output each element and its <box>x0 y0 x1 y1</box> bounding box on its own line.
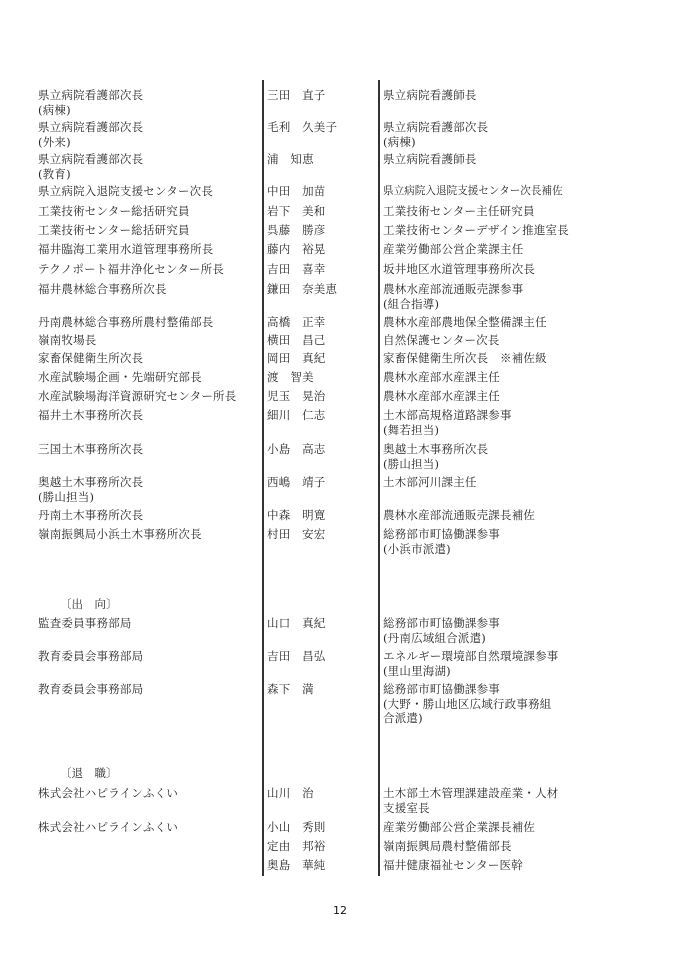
person-name-cell: 鎌田 奈美恵 <box>267 282 375 297</box>
previous-post-cell: 県立病院看護部次長 (病棟) <box>383 120 583 149</box>
previous-post-cell: 総務部市町協働課参事 (小浜市派遣) <box>383 527 583 556</box>
previous-post-cell: 県立病院看護師長 <box>383 88 583 103</box>
person-name-cell: 三田 直子 <box>267 88 375 103</box>
person-name-cell: 吉田 喜幸 <box>267 262 375 277</box>
person-name-cell: 藤内 裕晃 <box>267 242 375 257</box>
previous-post-cell: 福井健康福祉センター医幹 <box>383 858 583 873</box>
person-name-cell: 森下 満 <box>267 682 375 697</box>
person-name-cell: 村田 安宏 <box>267 527 375 542</box>
previous-post-cell: 土木部高規格道路課参事 (舞若担当) <box>383 408 583 437</box>
previous-post-cell: 県立病院入退院支援センター次長補佐 <box>383 184 583 199</box>
new-post-cell: 監査委員事務部局 <box>38 616 258 631</box>
previous-post-cell: 土木部土木管理課建設産業・人材 支援室長 <box>383 786 583 815</box>
person-name-cell: 高橋 正幸 <box>267 315 375 330</box>
previous-post-cell: 奥越土木事務所次長 (勝山担当) <box>383 442 583 471</box>
new-post-cell: 福井土木事務所次長 <box>38 408 258 423</box>
new-post-cell: 教育委員会事務部局 <box>38 682 258 697</box>
person-name-cell: 毛利 久美子 <box>267 120 375 135</box>
column-divider-left <box>262 80 264 876</box>
person-name-cell: 西嶋 靖子 <box>267 475 375 490</box>
previous-post-cell: 坂井地区水道管理事務所次長 <box>383 262 583 277</box>
previous-post-cell: 農林水産部流通販売課参事 (組合指導) <box>383 282 583 311</box>
new-post-cell: 県立病院看護部次長 (教育) <box>38 152 258 181</box>
previous-post-cell: 産業労働部公営企業課長補佐 <box>383 820 583 835</box>
person-name-cell: 小島 高志 <box>267 442 375 457</box>
person-name-cell: 児玉 晃治 <box>267 389 375 404</box>
previous-post-cell: 工業技術センターデザイン推進室長 <box>383 223 583 238</box>
new-post-cell: 奥越土木事務所次長 (勝山担当) <box>38 475 258 504</box>
person-name-cell: 細川 仁志 <box>267 408 375 423</box>
previous-post-cell: 産業労働部公営企業課主任 <box>383 242 583 257</box>
person-name-cell: 岡田 真紀 <box>267 351 375 366</box>
person-name-cell: 中田 加苗 <box>267 184 375 199</box>
new-post-cell: 丹南土木事務所次長 <box>38 508 258 523</box>
new-post-cell: 株式会社ハピラインふくい <box>38 786 258 801</box>
new-post-cell: 県立病院看護部次長 (外来) <box>38 120 258 149</box>
new-post-cell: 福井臨海工業用水道管理事務所長 <box>38 242 258 257</box>
previous-post-cell: 総務部市町協働課参事 (大野・勝山地区広域行政事務組 合派遣) <box>383 682 583 726</box>
person-name-cell: 定由 邦裕 <box>267 839 375 854</box>
new-post-cell: 株式会社ハピラインふくい <box>38 820 258 835</box>
previous-post-cell: 県立病院看護師長 <box>383 152 583 167</box>
person-name-cell: 横田 昌己 <box>267 333 375 348</box>
person-name-cell: 岩下 美和 <box>267 204 375 219</box>
new-post-cell: 水産試験場企画・先端研究部長 <box>38 370 258 385</box>
person-name-cell: 渡 智美 <box>267 370 375 385</box>
person-name-cell: 奥島 華純 <box>267 858 375 873</box>
new-post-cell: 福井農林総合事務所次長 <box>38 282 258 297</box>
person-name-cell: 山川 治 <box>267 786 375 801</box>
previous-post-cell: 工業技術センター主任研究員 <box>383 204 583 219</box>
new-post-cell: テクノポート福井浄化センター所長 <box>38 262 258 277</box>
person-name-cell: 小山 秀則 <box>267 820 375 835</box>
new-post-cell: 教育委員会事務部局 <box>38 649 258 664</box>
previous-post-cell: 農林水産部流通販売課長補佐 <box>383 508 583 523</box>
section-heading-shukko: 〔出 向〕 <box>60 597 118 612</box>
previous-post-cell: 自然保護センター次長 <box>383 333 583 348</box>
column-divider-right <box>378 80 380 876</box>
section-heading-taishoku: 〔退 職〕 <box>60 766 118 781</box>
new-post-cell: 家畜保健衛生所次長 <box>38 351 258 366</box>
page-number: 12 <box>0 904 680 917</box>
document-page: 県立病院看護部次長 (病棟)三田 直子県立病院看護師長県立病院看護部次長 (外来… <box>0 0 680 961</box>
new-post-cell: 工業技術センター総括研究員 <box>38 204 258 219</box>
person-name-cell: 呉藤 勝彦 <box>267 223 375 238</box>
person-name-cell: 浦 知恵 <box>267 152 375 167</box>
previous-post-cell: 家畜保健衛生所次長 ※補佐級 <box>383 351 583 366</box>
previous-post-cell: 土木部河川課主任 <box>383 475 583 490</box>
previous-post-cell: 農林水産部水産課主任 <box>383 389 583 404</box>
previous-post-cell: 嶺南振興局農村整備部長 <box>383 839 583 854</box>
new-post-cell: 県立病院看護部次長 (病棟) <box>38 88 258 117</box>
new-post-cell: 丹南農林総合事務所農村整備部長 <box>38 315 258 330</box>
person-name-cell: 吉田 昌弘 <box>267 649 375 664</box>
previous-post-cell: 総務部市町協働課参事 (丹南広域組合派遣) <box>383 616 583 645</box>
previous-post-cell: 農林水産部農地保全整備課主任 <box>383 315 583 330</box>
new-post-cell: 三国土木事務所次長 <box>38 442 258 457</box>
new-post-cell: 嶺南牧場長 <box>38 333 258 348</box>
new-post-cell: 工業技術センター総括研究員 <box>38 223 258 238</box>
new-post-cell: 県立病院入退院支援センター次長 <box>38 184 258 199</box>
person-name-cell: 中森 明寛 <box>267 508 375 523</box>
previous-post-cell: 農林水産部水産課主任 <box>383 370 583 385</box>
person-name-cell: 山口 真紀 <box>267 616 375 631</box>
new-post-cell: 嶺南振興局小浜土木事務所次長 <box>38 527 258 542</box>
previous-post-cell: エネルギー環境部自然環境課参事 (里山里海湖) <box>383 649 583 678</box>
new-post-cell: 水産試験場海洋資源研究センター所長 <box>38 389 258 404</box>
